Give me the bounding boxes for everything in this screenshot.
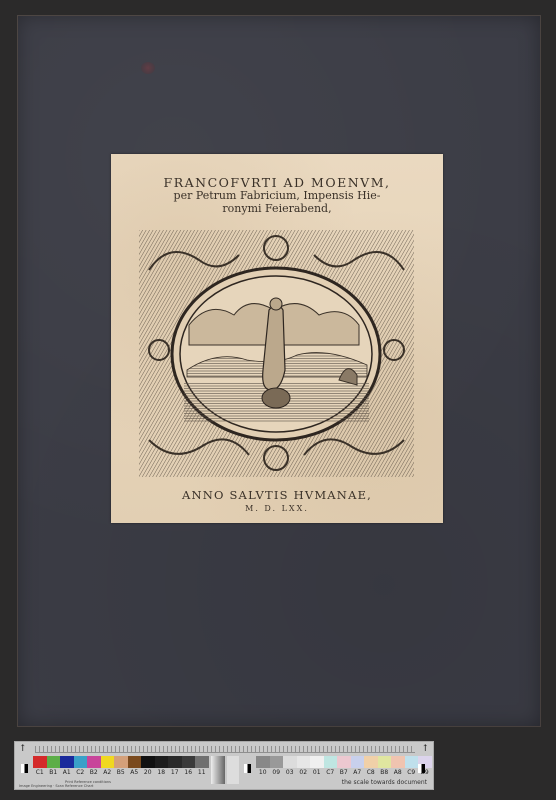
color-patch: A8 [391, 756, 405, 768]
patch-label: 11 [195, 769, 209, 776]
checker-marker-left [21, 764, 28, 773]
color-patch: B1 [47, 756, 61, 768]
checker-marker-right [418, 764, 425, 773]
patch-label: C1 [33, 769, 47, 776]
color-calibration-target: ↑ ↑ C1B1A1C2B2A2B5A52018171611 100903020… [14, 741, 434, 790]
color-patches-left: C1B1A1C2B2A2B5A52018171611 [33, 756, 209, 768]
title-block: FRANCOFVRTI AD MOENVM, per Petrum Fabric… [111, 176, 443, 215]
up-arrow-icon: ↑ [421, 744, 429, 754]
checker-marker-middle [244, 764, 251, 773]
patch-label: C7 [324, 769, 338, 776]
color-patch: 11 [195, 756, 209, 768]
color-patch: B7 [337, 756, 351, 768]
up-arrow-icon: ↑ [19, 744, 27, 754]
color-patch: 20 [141, 756, 155, 768]
color-patch: C9 [405, 756, 419, 768]
color-patch: 16 [182, 756, 196, 768]
color-patch: B5 [114, 756, 128, 768]
title-line-2: per Petrum Fabricium, Impensis Hie- [111, 189, 443, 202]
imprint-block: ANNO SALVTIS HVMANAE, M. D. LXX. [111, 488, 443, 513]
woodcut-illustration [139, 230, 414, 477]
color-patch: 02 [297, 756, 311, 768]
color-patch: C7 [324, 756, 338, 768]
color-patch: 09 [270, 756, 284, 768]
patch-label: 17 [168, 769, 182, 776]
resolution-marks [227, 756, 239, 784]
fine-print-chart: Image Engineering · Scan Reference Chart [19, 784, 93, 788]
color-patch: 01 [310, 756, 324, 768]
patch-label: 16 [182, 769, 196, 776]
color-patch: 17 [168, 756, 182, 768]
title-line-3: ronymi Feierabend, [111, 202, 443, 215]
gray-step-wedge [211, 756, 225, 784]
color-patch: B8 [378, 756, 392, 768]
imprint-date: M. D. LXX. [111, 504, 443, 513]
color-patch: C8 [364, 756, 378, 768]
patch-label: C9 [405, 769, 419, 776]
color-patch: 10 [256, 756, 270, 768]
ruler-scale [35, 746, 415, 753]
patch-label: 02 [297, 769, 311, 776]
patch-label: 20 [141, 769, 155, 776]
color-patch: C2 [74, 756, 88, 768]
color-patches-right: 1009030201C7B7A7C8B8A8C9B9 [256, 756, 432, 768]
printed-page: FRANCOFVRTI AD MOENVM, per Petrum Fabric… [111, 154, 443, 523]
patch-label: 09 [270, 769, 284, 776]
color-patch: C1 [33, 756, 47, 768]
patch-label: B2 [87, 769, 101, 776]
color-patch: A7 [351, 756, 365, 768]
patch-label: C8 [364, 769, 378, 776]
color-patch: A5 [128, 756, 142, 768]
patch-label: A5 [128, 769, 142, 776]
patch-label: C2 [74, 769, 88, 776]
color-patch: 18 [155, 756, 169, 768]
patch-label: A2 [101, 769, 115, 776]
stain-mark [141, 62, 155, 74]
color-patch: B2 [87, 756, 101, 768]
patch-label: 01 [310, 769, 324, 776]
patch-label: B5 [114, 769, 128, 776]
patch-label: B1 [47, 769, 61, 776]
title-line-1: FRANCOFVRTI AD MOENVM, [111, 176, 443, 189]
patch-label: 03 [283, 769, 297, 776]
patch-label: A1 [60, 769, 74, 776]
color-patch: A2 [101, 756, 115, 768]
patch-label: B8 [378, 769, 392, 776]
patch-label: 10 [256, 769, 270, 776]
patch-label: A7 [351, 769, 365, 776]
color-patch: 03 [283, 756, 297, 768]
patch-label: 18 [155, 769, 169, 776]
imprint-line-1: ANNO SALVTIS HVMANAE, [111, 488, 443, 502]
patch-label: A8 [391, 769, 405, 776]
color-patch: A1 [60, 756, 74, 768]
patch-label: B7 [337, 769, 351, 776]
scale-note: the scale towards document [342, 779, 427, 786]
